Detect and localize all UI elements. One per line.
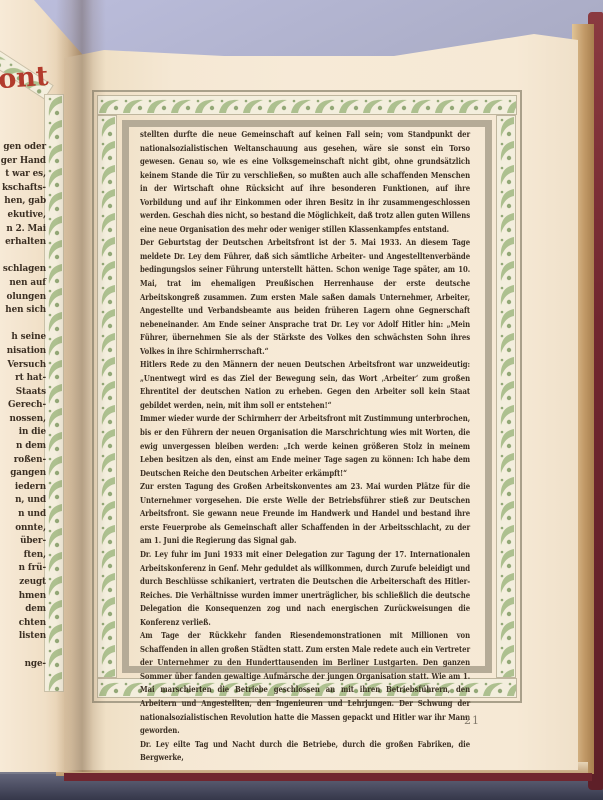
- text-fragment-line: [0, 250, 46, 264]
- text-fragment-line: n 2. Mai: [0, 223, 46, 237]
- text-fragment-line: in die: [0, 426, 46, 440]
- text-fragment-line: [0, 318, 46, 332]
- page-number: 21: [454, 714, 490, 727]
- text-fragment-line: nossen,: [0, 413, 46, 427]
- body-text: stellten durfte die neue Gemeinschaft au…: [140, 128, 470, 765]
- book-photo: ront gen oderger Handt war es,kschafts-h…: [0, 0, 603, 800]
- left-page-text-fragments: gen oderger Handt war es,kschafts-hen, g…: [0, 141, 46, 671]
- text-fragment-line: gen oder: [0, 141, 46, 155]
- paragraph: Hitlers Rede zu den Männern der neuen De…: [140, 358, 470, 412]
- text-fragment-line: gangen: [0, 467, 46, 481]
- text-fragment-line: ekutive,: [0, 209, 46, 223]
- text-fragment-line: erhalten: [0, 236, 46, 250]
- text-fragment-line: kschafts-: [0, 182, 46, 196]
- text-fragment-line: chten: [0, 617, 46, 631]
- text-fragment-line: onnte,: [0, 522, 46, 536]
- text-fragment-line: hen, gab: [0, 195, 46, 209]
- text-fragment-line: hmen: [0, 590, 46, 604]
- text-fragment-line: n und: [0, 508, 46, 522]
- text-fragment-line: n, und: [0, 494, 46, 508]
- paragraph: Der Geburtstag der Deutschen Arbeitsfron…: [140, 236, 470, 358]
- text-fragment-line: hen sich: [0, 304, 46, 318]
- text-fragment-line: h seine: [0, 331, 46, 345]
- text-fragment-line: Versuch: [0, 359, 46, 373]
- text-fragment-line: schlagen: [0, 263, 46, 277]
- ornament-border-right: [496, 115, 516, 678]
- text-fragment-line: ften,: [0, 549, 46, 563]
- paragraph: stellten durfte die neue Gemeinschaft au…: [140, 128, 470, 236]
- text-fragment-line: t war es,: [0, 168, 46, 182]
- text-fragment-line: dem: [0, 603, 46, 617]
- paragraph: Dr. Ley eilte Tag und Nacht durch die Be…: [140, 738, 470, 765]
- text-fragment-line: rt hat-: [0, 372, 46, 386]
- text-fragment-line: [0, 644, 46, 658]
- left-page-ornament-border: [44, 94, 64, 692]
- text-fragment-line: iedern: [0, 481, 46, 495]
- text-fragment-line: roßen-: [0, 454, 46, 468]
- text-fragment-line: ger Hand: [0, 155, 46, 169]
- text-fragment-line: Gerech-: [0, 399, 46, 413]
- paragraph: Zur ersten Tagung des Großen Arbeitskonv…: [140, 480, 470, 548]
- text-fragment-line: nge-: [0, 658, 46, 672]
- ornament-border-top: [97, 95, 517, 115]
- chapter-title-fragment: ront: [0, 62, 49, 96]
- right-page: stellten durfte die neue Gemeinschaft au…: [64, 26, 578, 770]
- paragraph: Immer wieder wurde der Schirmherr der Ar…: [140, 412, 470, 480]
- paragraph: Dr. Ley fuhr im Juni 1933 mit einer Dele…: [140, 548, 470, 629]
- text-fragment-line: n frü-: [0, 562, 46, 576]
- text-fragment-line: zeugt: [0, 576, 46, 590]
- ornament-border-left: [97, 115, 117, 678]
- text-fragment-line: nen auf: [0, 277, 46, 291]
- paragraph: Am Tage der Rückkehr fanden Riesendemons…: [140, 629, 470, 737]
- text-fragment-line: Staats: [0, 386, 46, 400]
- text-fragment-line: über-: [0, 535, 46, 549]
- text-fragment-line: olungen: [0, 291, 46, 305]
- text-fragment-line: n dem: [0, 440, 46, 454]
- text-fragment-line: listen: [0, 630, 46, 644]
- text-fragment-line: nisation: [0, 345, 46, 359]
- book-cover-bottom: [64, 773, 592, 781]
